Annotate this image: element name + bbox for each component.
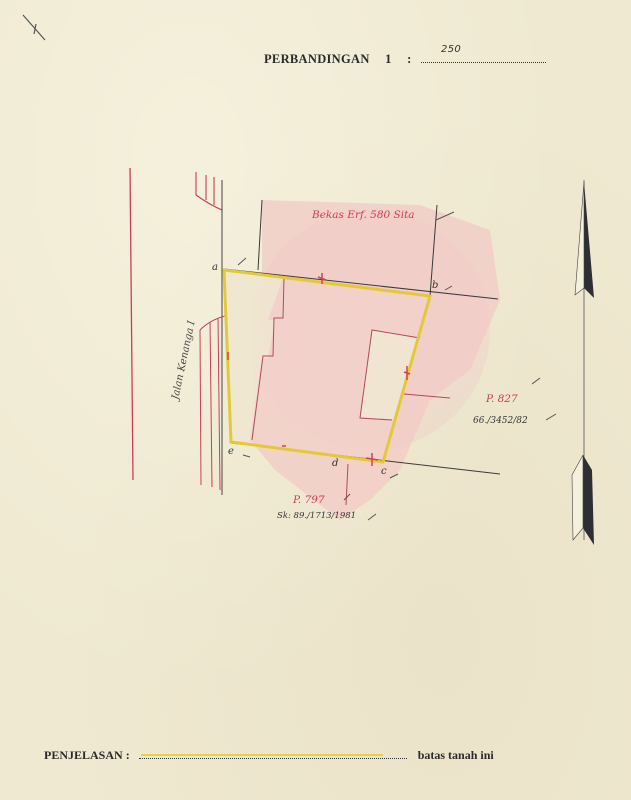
survey-map: a b c d e Jalan Kenanga I Bekas Erf. 580… xyxy=(0,0,631,800)
neighbor-south-ref: Sk: 89./1713/1981 xyxy=(277,511,356,521)
legend-yellow-line-sample xyxy=(139,750,407,759)
legend-text: batas tanah ini xyxy=(418,748,494,762)
corner-d: d xyxy=(332,458,338,469)
legend-label: PENJELASAN xyxy=(44,748,123,762)
street-label: Jalan Kenanga I xyxy=(170,319,198,403)
neighbor-south-parcel: P. 797 xyxy=(292,494,325,506)
legend-colon: : xyxy=(126,748,130,762)
road-lines-bottom xyxy=(200,316,225,490)
corner-cross-mark xyxy=(23,15,45,40)
corner-e: e xyxy=(228,446,234,457)
corner-b: b xyxy=(432,280,438,291)
former-parcel-label: Bekas Erf. 580 Sita xyxy=(311,209,415,221)
neighbor-east-parcel: P. 827 xyxy=(485,393,518,405)
legend-footer: PENJELASAN : batas tanah ini xyxy=(44,748,494,763)
north-arrow-icon xyxy=(572,180,594,545)
corner-a: a xyxy=(212,262,218,273)
neighbor-east-ref: 66./3452/82 xyxy=(473,416,528,426)
corner-c: c xyxy=(381,466,387,477)
street-edge-line xyxy=(130,168,133,480)
